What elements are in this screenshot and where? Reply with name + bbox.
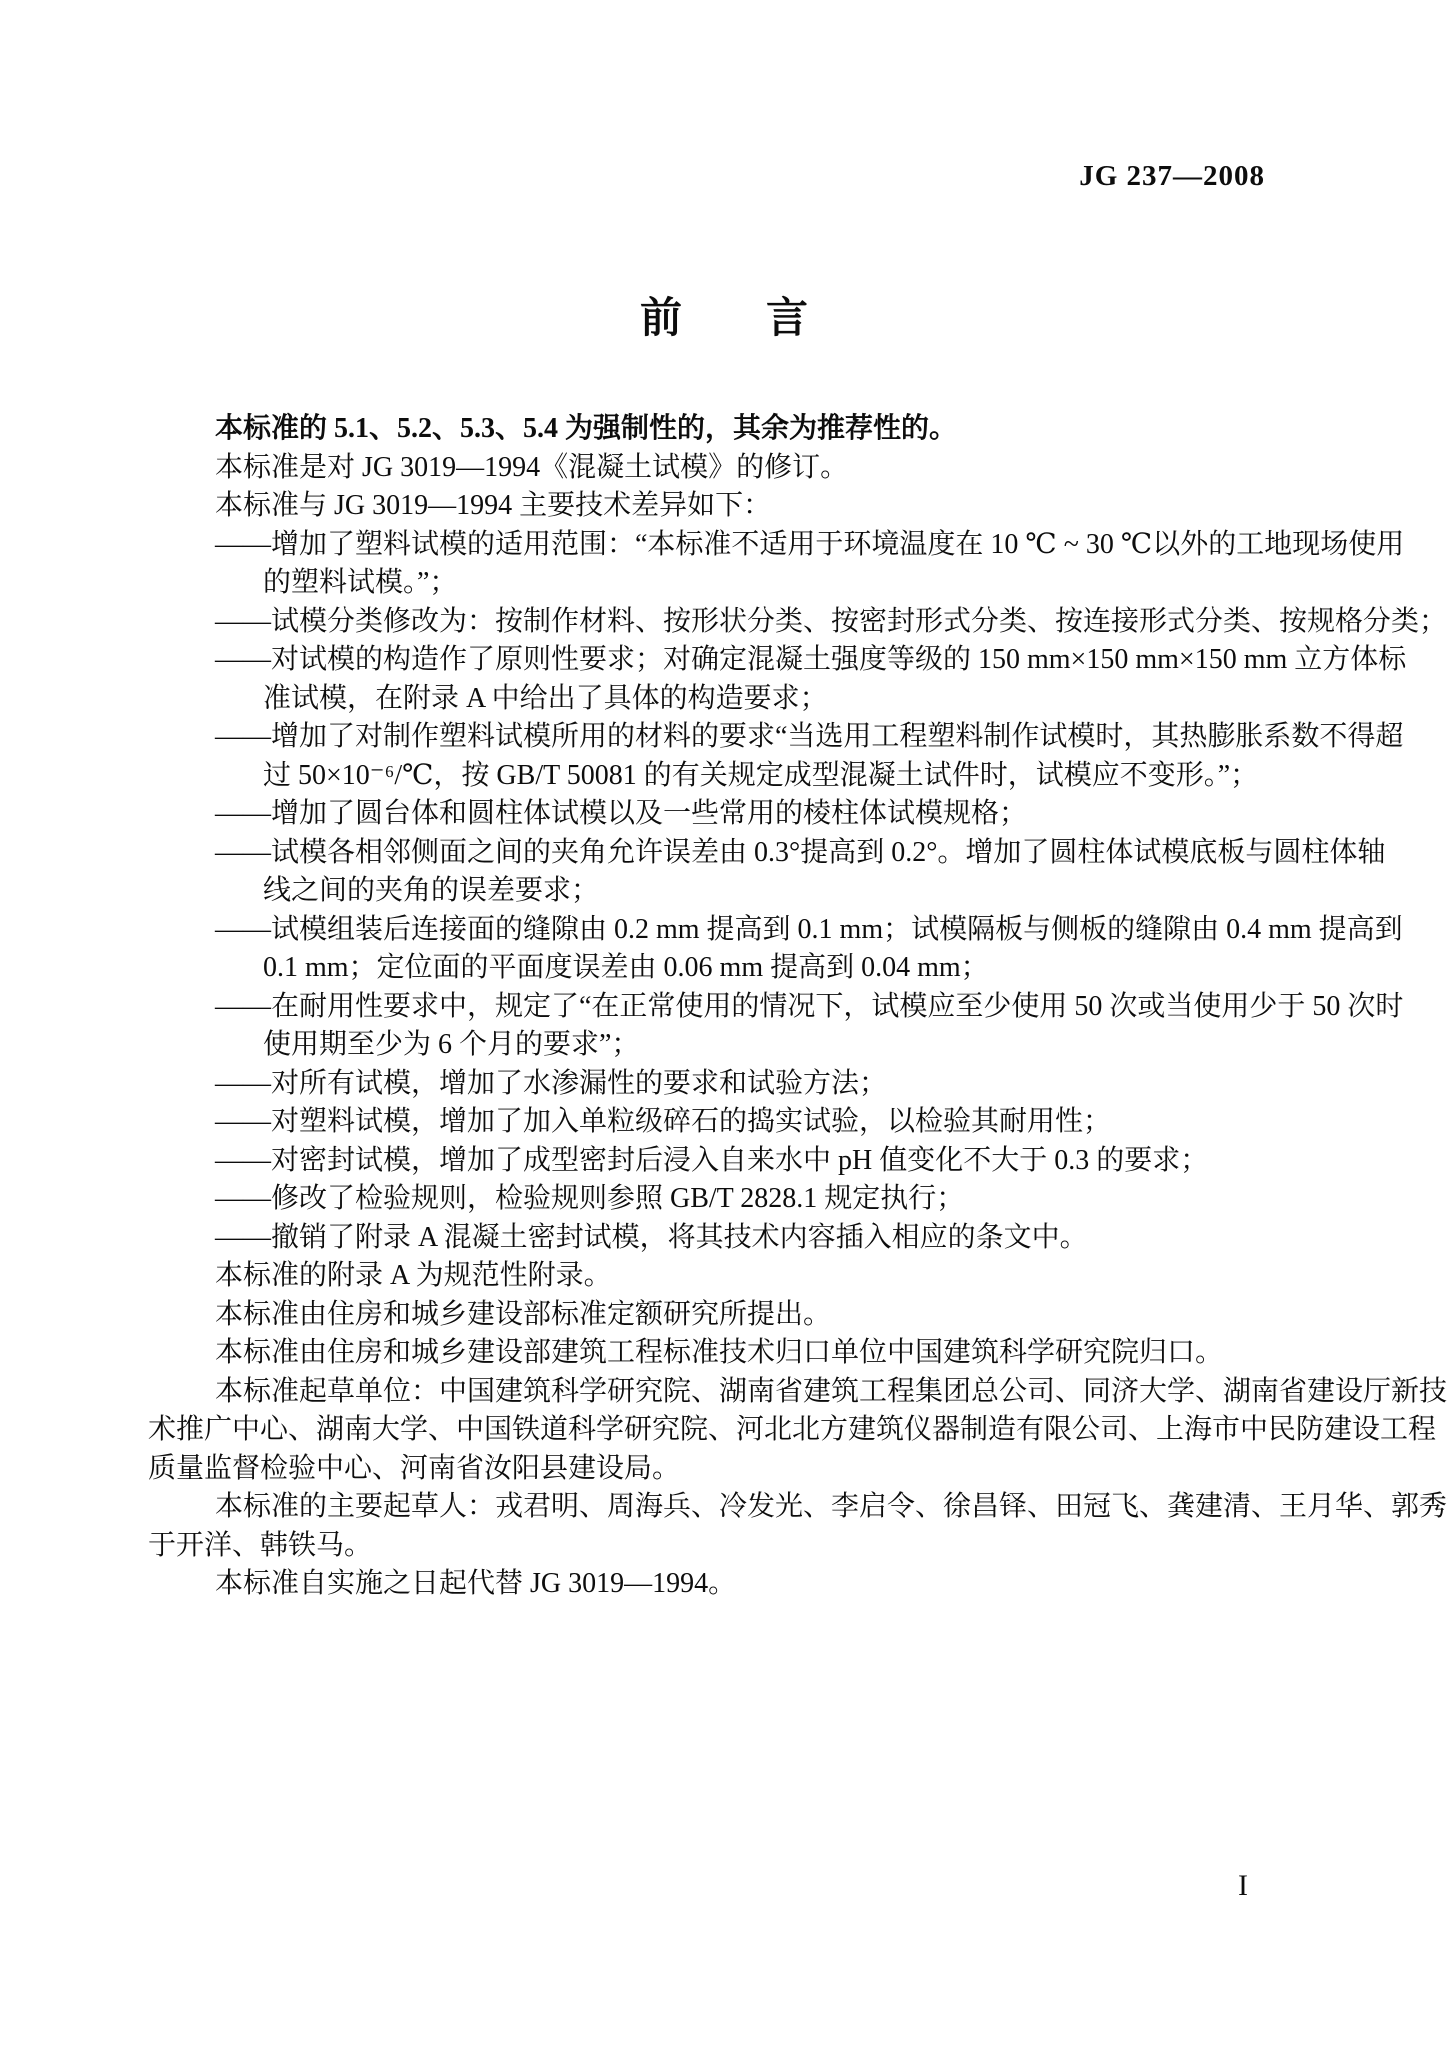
text-line: ——对试模的构造作了原则性要求；对确定混凝土强度等级的 150 mm×150 m… <box>148 641 1308 680</box>
text-line: ——试模分类修改为：按制作材料、按形状分类、按密封形式分类、按连接形式分类、按规… <box>148 603 1308 642</box>
text-line: 的塑料试模。”； <box>148 564 1308 603</box>
text-line: ——增加了塑料试模的适用范围：“本标准不适用于环境温度在 10 ℃ ~ 30 ℃… <box>148 526 1308 565</box>
foreword-body: 本标准的 5.1、5.2、5.3、5.4 为强制性的，其余为推荐性的。本标准是对… <box>148 410 1308 1604</box>
text-line: 本标准是对 JG 3019—1994《混凝土试模》的修订。 <box>148 449 1308 488</box>
text-line: ——增加了圆台体和圆柱体试模以及一些常用的棱柱体试模规格； <box>148 795 1308 834</box>
page-number: I <box>1238 1868 1248 1904</box>
text-line: 准试模，在附录 A 中给出了具体的构造要求； <box>148 680 1308 719</box>
text-line: 本标准的 5.1、5.2、5.3、5.4 为强制性的，其余为推荐性的。 <box>148 410 1308 449</box>
text-line: ——修改了检验规则，检验规则参照 GB/T 2828.1 规定执行； <box>148 1180 1308 1219</box>
text-line: 本标准自实施之日起代替 JG 3019—1994。 <box>148 1565 1308 1604</box>
page-title: 前 言 <box>0 296 1448 342</box>
text-line: 本标准由住房和城乡建设部标准定额研究所提出。 <box>148 1296 1308 1335</box>
text-line: 本标准的主要起草人：戎君明、周海兵、冷发光、李启令、徐昌铎、田冠飞、龚建清、王月… <box>148 1488 1308 1527</box>
text-line: 使用期至少为 6 个月的要求”； <box>148 1026 1308 1065</box>
text-line: ——在耐用性要求中，规定了“在正常使用的情况下，试模应至少使用 50 次或当使用… <box>148 988 1308 1027</box>
text-line: ——对所有试模，增加了水渗漏性的要求和试验方法； <box>148 1065 1308 1104</box>
text-line: 本标准由住房和城乡建设部建筑工程标准技术归口单位中国建筑科学研究院归口。 <box>148 1334 1308 1373</box>
text-line: 0.1 mm；定位面的平面度误差由 0.06 mm 提高到 0.04 mm； <box>148 949 1308 988</box>
text-line: 本标准与 JG 3019—1994 主要技术差异如下： <box>148 487 1308 526</box>
text-line: ——对塑料试模，增加了加入单粒级碎石的捣实试验，以检验其耐用性； <box>148 1103 1308 1142</box>
text-line: 线之间的夹角的误差要求； <box>148 872 1308 911</box>
text-line: 本标准的附录 A 为规范性附录。 <box>148 1257 1308 1296</box>
text-line: ——试模组装后连接面的缝隙由 0.2 mm 提高到 0.1 mm；试模隔板与侧板… <box>148 911 1308 950</box>
text-line: ——对密封试模，增加了成型密封后浸入自来水中 pH 值变化不大于 0.3 的要求… <box>148 1142 1308 1181</box>
text-line: 术推广中心、湖南大学、中国铁道科学研究院、河北北方建筑仪器制造有限公司、上海市中… <box>148 1411 1308 1450</box>
text-line: ——增加了对制作塑料试模所用的材料的要求“当选用工程塑料制作试模时，其热膨胀系数… <box>148 718 1308 757</box>
text-line: ——试模各相邻侧面之间的夹角允许误差由 0.3°提高到 0.2°。增加了圆柱体试… <box>148 834 1308 873</box>
text-line: ——撤销了附录 A 混凝土密封试模，将其技术内容插入相应的条文中。 <box>148 1219 1308 1258</box>
text-line: 过 50×10⁻⁶/℃，按 GB/T 50081 的有关规定成型混凝土试件时，试… <box>148 757 1308 796</box>
text-line: 质量监督检验中心、河南省汝阳县建设局。 <box>148 1450 1308 1489</box>
text-line: 于开洋、韩铁马。 <box>148 1527 1308 1566</box>
document-page: JG 237—2008 前 言 本标准的 5.1、5.2、5.3、5.4 为强制… <box>0 0 1448 2048</box>
standard-code: JG 237—2008 <box>1079 160 1265 193</box>
text-line: 本标准起草单位：中国建筑科学研究院、湖南省建筑工程集团总公司、同济大学、湖南省建… <box>148 1373 1308 1412</box>
